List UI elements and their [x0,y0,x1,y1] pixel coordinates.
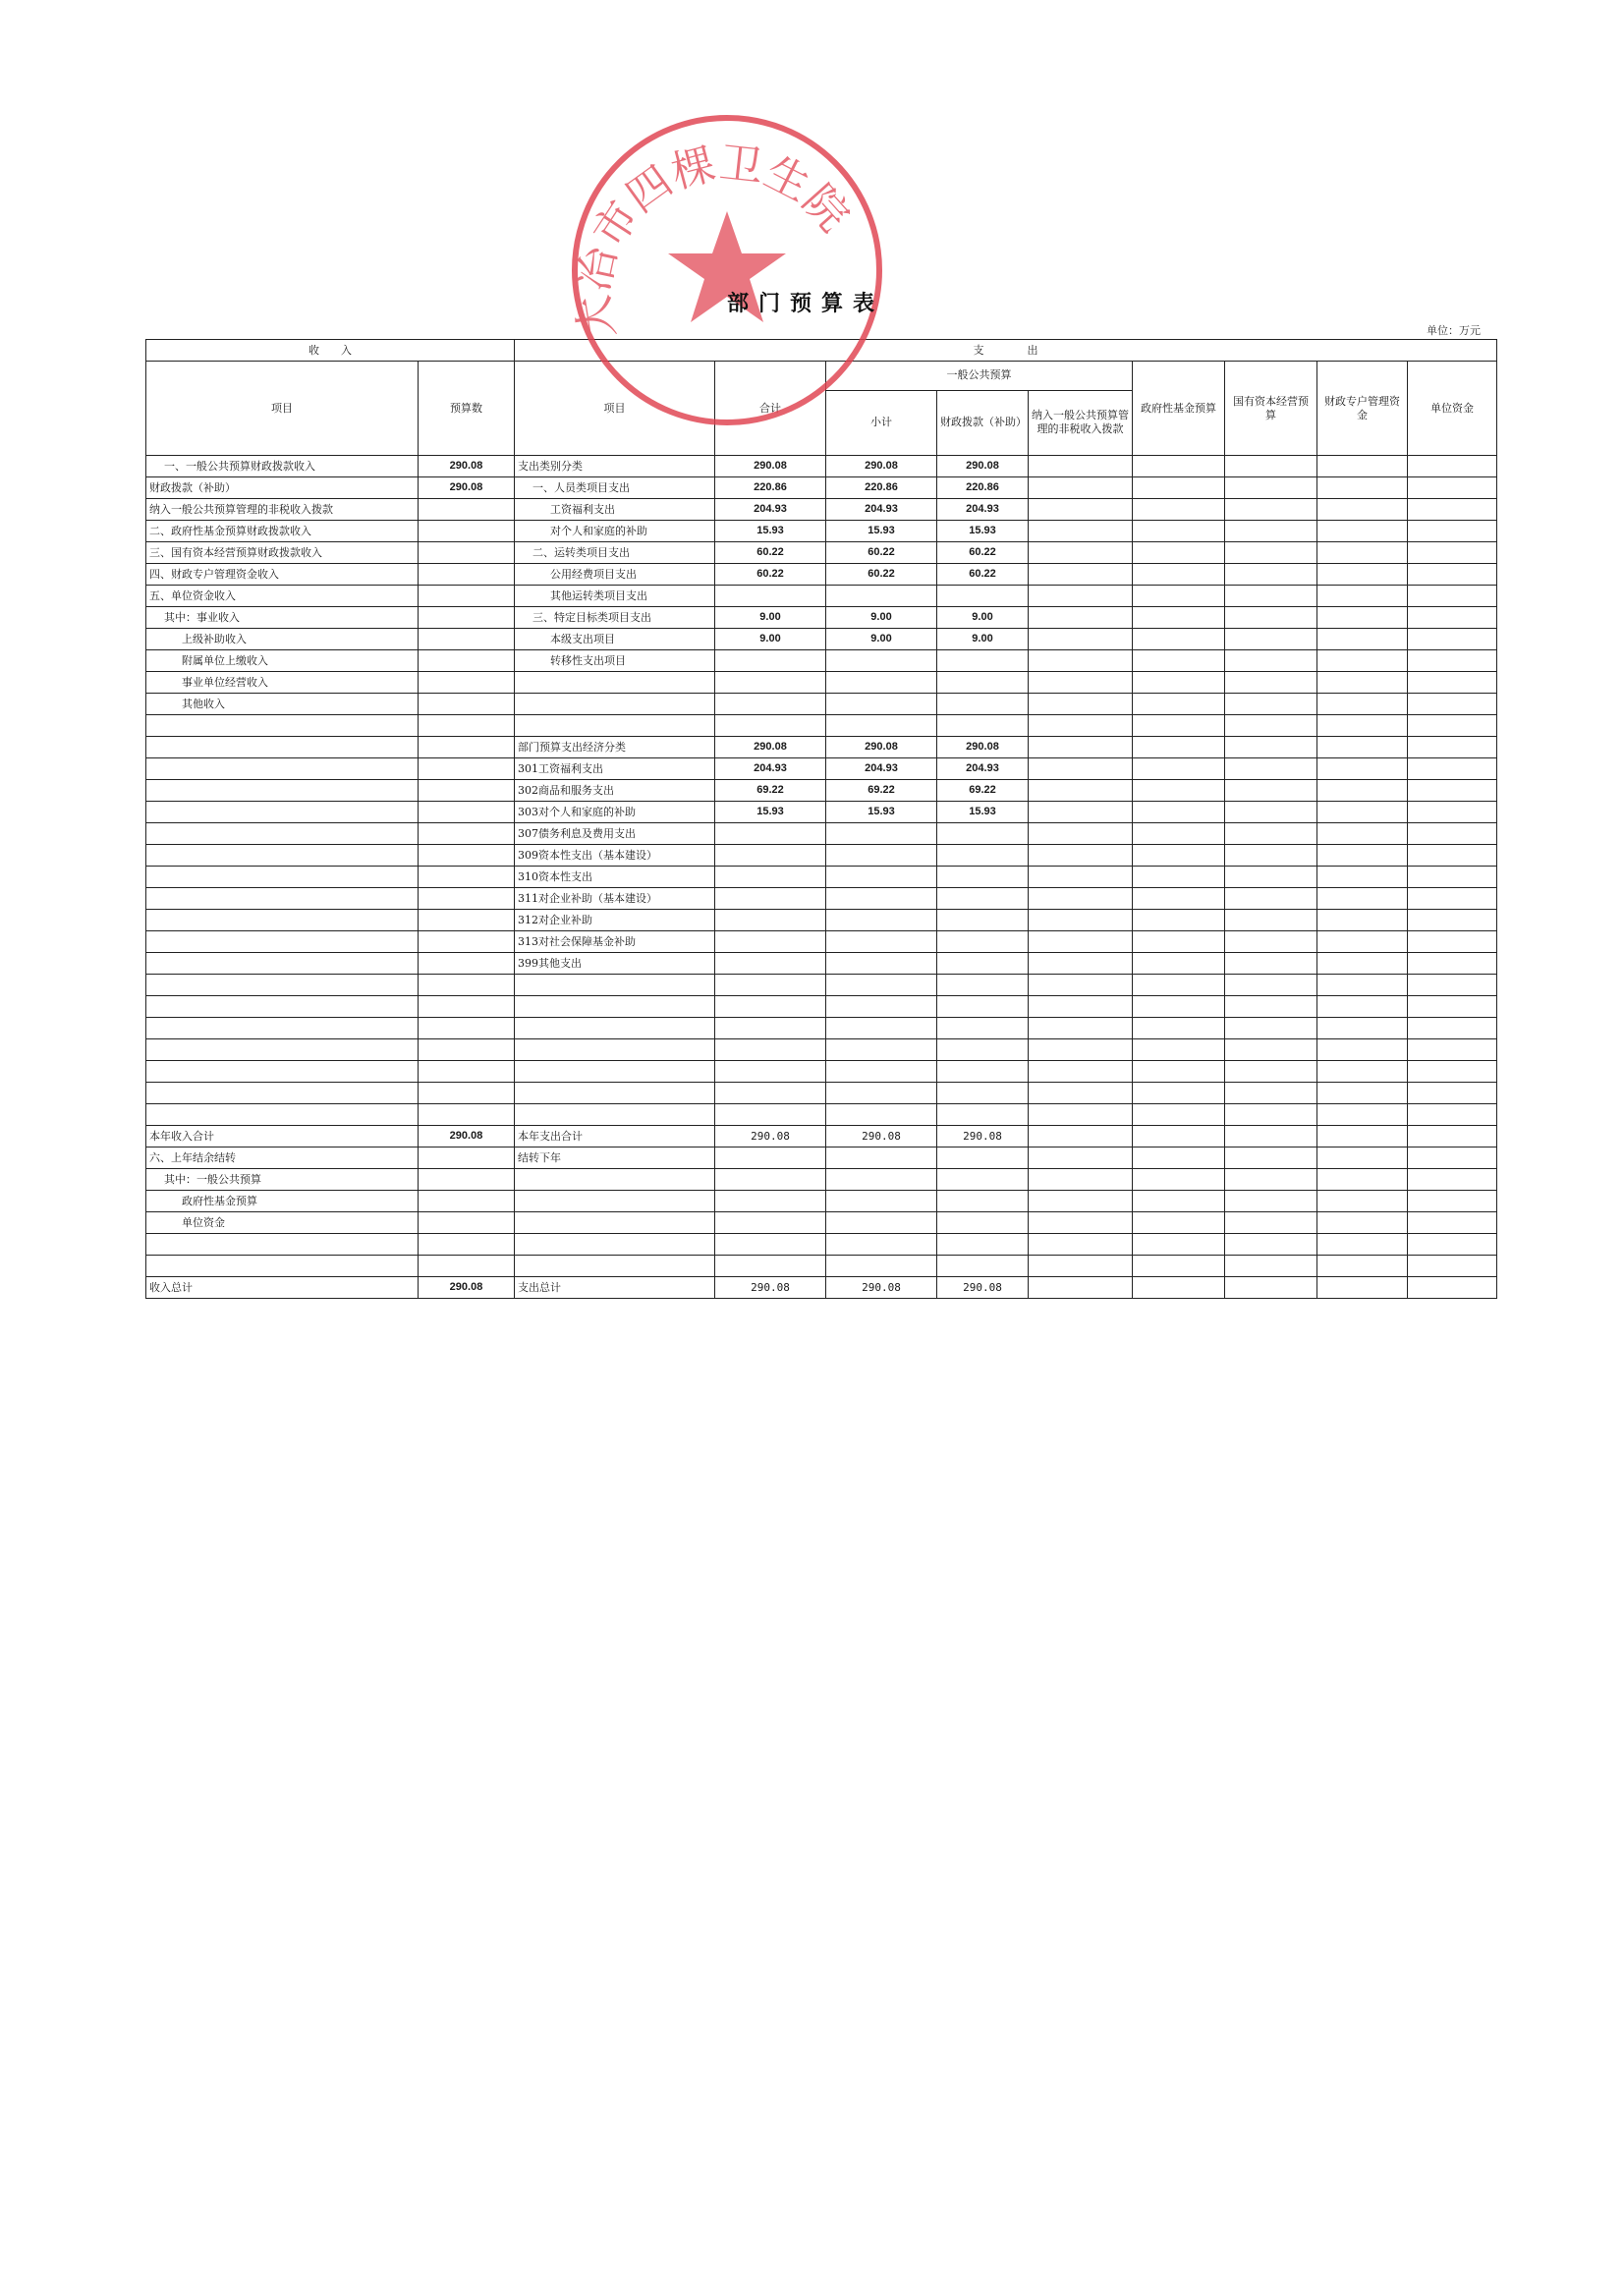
non-tax-income-cell [1029,586,1133,607]
non-tax-income-cell [1029,1126,1133,1147]
income-amount-cell: 290.08 [419,477,515,499]
income-item-cell: 一、一般公共预算财政拨款收入 [146,456,419,477]
fiscal-appropriation-cell [937,823,1029,845]
table-row: 其中：事业收入三、特定目标类项目支出9.009.009.00 [146,607,1497,629]
fiscal-appropriation-header: 财政拨款（补助） [937,390,1029,455]
total-cell: 290.08 [715,737,826,758]
gov-fund-budget-cell [1133,975,1225,996]
income-item-cell: 其他收入 [146,694,419,715]
subtotal-cell [826,586,937,607]
special-account-funds-cell [1317,867,1408,888]
total-cell: 204.93 [715,499,826,521]
unit-funds-cell [1408,542,1497,564]
income-item-cell [146,737,419,758]
subtotal-cell [826,996,937,1018]
total-cell [715,650,826,672]
income-item-cell [146,780,419,802]
expense-item-cell: 支出总计 [515,1277,715,1299]
state-capital-budget-cell [1225,607,1317,629]
total-cell: 290.08 [715,1277,826,1299]
income-item-cell [146,953,419,975]
gov-fund-budget-cell [1133,910,1225,931]
income-amount-cell [419,586,515,607]
fiscal-appropriation-cell: 9.00 [937,629,1029,650]
income-amount-cell [419,672,515,694]
non-tax-income-cell [1029,521,1133,542]
fiscal-appropriation-cell [937,1061,1029,1083]
total-cell [715,931,826,953]
non-tax-income-cell [1029,996,1133,1018]
special-account-funds-cell [1317,888,1408,910]
income-amount-cell [419,499,515,521]
income-item-cell: 政府性基金预算 [146,1191,419,1212]
table-row: 三、国有资本经营预算财政拨款收入二、运转类项目支出60.2260.2260.22 [146,542,1497,564]
subtotal-cell: 290.08 [826,737,937,758]
fiscal-appropriation-cell: 290.08 [937,737,1029,758]
expense-item-cell: 313对社会保障基金补助 [515,931,715,953]
expense-item-cell: 其他运转类项目支出 [515,586,715,607]
unit-funds-cell [1408,953,1497,975]
non-tax-income-cell [1029,737,1133,758]
gov-fund-budget-cell [1133,1126,1225,1147]
unit-funds-cell [1408,586,1497,607]
unit-funds-cell [1408,1018,1497,1039]
subtotal-cell [826,953,937,975]
income-amount-cell [419,823,515,845]
unit-funds-cell [1408,1212,1497,1234]
total-cell [715,823,826,845]
table-row: 301工资福利支出204.93204.93204.93 [146,758,1497,780]
subtotal-cell [826,694,937,715]
gov-fund-budget-cell [1133,1277,1225,1299]
non-tax-income-cell [1029,910,1133,931]
state-capital-budget-cell [1225,1191,1317,1212]
unit-funds-cell [1408,715,1497,737]
gov-fund-budget-cell [1133,499,1225,521]
fiscal-appropriation-cell: 290.08 [937,1126,1029,1147]
gov-fund-budget-cell [1133,1018,1225,1039]
table-row: 五、单位资金收入其他运转类项目支出 [146,586,1497,607]
subtotal-cell: 60.22 [826,564,937,586]
unit-funds-cell [1408,499,1497,521]
non-tax-income-cell [1029,1039,1133,1061]
income-amount-cell [419,1234,515,1256]
state-capital-budget-cell [1225,564,1317,586]
state-capital-budget-cell [1225,1234,1317,1256]
expense-item-cell: 309资本性支出（基本建设） [515,845,715,867]
expense-item-cell: 301工资福利支出 [515,758,715,780]
income-item-header: 项目 [146,362,419,456]
total-cell: 60.22 [715,564,826,586]
state-capital-budget-cell [1225,780,1317,802]
income-item-cell: 二、政府性基金预算财政拨款收入 [146,521,419,542]
total-cell [715,672,826,694]
state-capital-budget-cell [1225,1147,1317,1169]
income-amount-cell [419,996,515,1018]
state-capital-budget-cell [1225,975,1317,996]
fiscal-appropriation-cell [937,1169,1029,1191]
total-cell [715,953,826,975]
income-item-cell [146,931,419,953]
table-row [146,1104,1497,1126]
total-cell [715,586,826,607]
income-amount-cell [419,607,515,629]
table-row: 313对社会保障基金补助 [146,931,1497,953]
special-account-funds-cell [1317,694,1408,715]
state-capital-budget-cell [1225,650,1317,672]
table-row: 其他收入 [146,694,1497,715]
non-tax-income-cell [1029,845,1133,867]
special-account-funds-header: 财政专户管理资金 [1317,362,1408,456]
special-account-funds-cell [1317,1191,1408,1212]
non-tax-income-cell [1029,1212,1133,1234]
gov-fund-budget-header: 政府性基金预算 [1133,362,1225,456]
special-account-funds-cell [1317,1061,1408,1083]
total-cell [715,694,826,715]
income-amount-cell [419,715,515,737]
unit-funds-cell [1408,975,1497,996]
income-amount-cell [419,1104,515,1126]
total-cell [715,1147,826,1169]
expense-item-cell: 302商品和服务支出 [515,780,715,802]
income-amount-cell [419,1212,515,1234]
unit-funds-cell [1408,629,1497,650]
special-account-funds-cell [1317,1212,1408,1234]
gov-fund-budget-cell [1133,823,1225,845]
total-cell: 15.93 [715,521,826,542]
unit-funds-cell [1408,1104,1497,1126]
table-row: 四、财政专户管理资金收入公用经费项目支出60.2260.2260.22 [146,564,1497,586]
subtotal-cell [826,931,937,953]
total-cell: 290.08 [715,456,826,477]
subtotal-cell [826,1191,937,1212]
gov-fund-budget-cell [1133,867,1225,888]
unit-funds-cell [1408,996,1497,1018]
table-row: 399其他支出 [146,953,1497,975]
special-account-funds-cell [1317,672,1408,694]
subtotal-cell [826,1169,937,1191]
special-account-funds-cell [1317,737,1408,758]
table-row [146,1256,1497,1277]
non-tax-income-cell [1029,1277,1133,1299]
total-cell [715,996,826,1018]
unit-funds-cell [1408,564,1497,586]
table-row: 312对企业补助 [146,910,1497,931]
table-row: 财政拨款（补助）290.08一、人员类项目支出220.86220.86220.8… [146,477,1497,499]
fiscal-appropriation-cell: 15.93 [937,521,1029,542]
total-cell: 9.00 [715,607,826,629]
unit-funds-cell [1408,910,1497,931]
state-capital-budget-cell [1225,1083,1317,1104]
gov-fund-budget-cell [1133,780,1225,802]
table-row: 六、上年结余结转结转下年 [146,1147,1497,1169]
total-cell: 15.93 [715,802,826,823]
special-account-funds-cell [1317,1277,1408,1299]
gov-fund-budget-cell [1133,1191,1225,1212]
unit-funds-cell [1408,888,1497,910]
income-item-cell [146,1083,419,1104]
table-row [146,1234,1497,1256]
income-amount-cell [419,975,515,996]
subtotal-cell [826,975,937,996]
special-account-funds-cell [1317,802,1408,823]
expense-item-cell [515,672,715,694]
expense-item-cell: 结转下年 [515,1147,715,1169]
income-amount-cell [419,845,515,867]
table-row [146,1018,1497,1039]
fiscal-appropriation-cell: 15.93 [937,802,1029,823]
income-item-cell: 附属单位上缴收入 [146,650,419,672]
subtotal-cell: 204.93 [826,499,937,521]
fiscal-appropriation-cell [937,1147,1029,1169]
total-cell [715,1234,826,1256]
subtotal-cell [826,1039,937,1061]
special-account-funds-cell [1317,780,1408,802]
gov-fund-budget-cell [1133,1083,1225,1104]
expense-item-cell [515,1061,715,1083]
subtotal-cell [826,867,937,888]
expense-item-cell: 支出类别分类 [515,456,715,477]
subtotal-header: 小计 [826,390,937,455]
income-item-cell: 其中：一般公共预算 [146,1169,419,1191]
gov-fund-budget-cell [1133,845,1225,867]
special-account-funds-cell [1317,1039,1408,1061]
non-tax-income-cell [1029,607,1133,629]
fiscal-appropriation-cell [937,931,1029,953]
income-amount-cell [419,931,515,953]
income-amount-cell [419,1191,515,1212]
subtotal-cell [826,1234,937,1256]
subtotal-cell: 15.93 [826,802,937,823]
gov-fund-budget-cell [1133,477,1225,499]
special-account-funds-cell [1317,1104,1408,1126]
table-row [146,975,1497,996]
total-cell: 9.00 [715,629,826,650]
budget-table: 收 入 支 出 项目 预算数 项目 合计 一般公共预算 政府性基金预算 国有资本… [145,339,1497,1299]
non-tax-income-cell [1029,1104,1133,1126]
gov-fund-budget-cell [1133,1104,1225,1126]
expense-item-cell: 399其他支出 [515,953,715,975]
table-row: 事业单位经营收入 [146,672,1497,694]
state-capital-budget-cell [1225,1169,1317,1191]
state-capital-budget-cell [1225,802,1317,823]
general-public-budget-header: 一般公共预算 [826,362,1133,391]
special-account-funds-cell [1317,931,1408,953]
non-tax-income-cell [1029,564,1133,586]
income-item-cell [146,867,419,888]
income-amount-cell [419,1256,515,1277]
expense-item-cell: 公用经费项目支出 [515,564,715,586]
income-item-cell: 单位资金 [146,1212,419,1234]
unit-funds-cell [1408,1256,1497,1277]
income-item-cell: 其中：事业收入 [146,607,419,629]
total-cell: 204.93 [715,758,826,780]
table-row [146,1061,1497,1083]
special-account-funds-cell [1317,953,1408,975]
expense-item-cell: 转移性支出项目 [515,650,715,672]
gov-fund-budget-cell [1133,1061,1225,1083]
gov-fund-budget-cell [1133,564,1225,586]
income-amount-cell [419,888,515,910]
gov-fund-budget-cell [1133,1169,1225,1191]
fiscal-appropriation-cell [937,1039,1029,1061]
expense-item-cell: 本年支出合计 [515,1126,715,1147]
income-item-cell [146,1039,419,1061]
subtotal-cell: 9.00 [826,629,937,650]
income-item-cell [146,1256,419,1277]
expense-item-cell: 307债务利息及费用支出 [515,823,715,845]
income-item-cell: 五、单位资金收入 [146,586,419,607]
fiscal-appropriation-cell: 204.93 [937,758,1029,780]
unit-funds-cell [1408,456,1497,477]
expense-item-cell: 311对企业补助（基本建设） [515,888,715,910]
state-capital-budget-cell [1225,910,1317,931]
table-row: 307债务利息及费用支出 [146,823,1497,845]
income-amount-cell [419,521,515,542]
gov-fund-budget-cell [1133,715,1225,737]
fiscal-appropriation-cell [937,1191,1029,1212]
non-tax-income-cell [1029,1169,1133,1191]
special-account-funds-cell [1317,1083,1408,1104]
unit-funds-cell [1408,521,1497,542]
income-item-cell: 上级补助收入 [146,629,419,650]
table-row: 一、一般公共预算财政拨款收入290.08支出类别分类290.08290.0829… [146,456,1497,477]
state-capital-budget-header: 国有资本经营预算 [1225,362,1317,456]
state-capital-budget-cell [1225,629,1317,650]
special-account-funds-cell [1317,1234,1408,1256]
non-tax-income-cell [1029,953,1133,975]
subtotal-cell [826,888,937,910]
total-cell [715,1169,826,1191]
unit-funds-cell [1408,1191,1497,1212]
unit-funds-cell [1408,1234,1497,1256]
unit-funds-cell [1408,1126,1497,1147]
expense-group-header: 支 出 [515,340,1497,362]
special-account-funds-cell [1317,996,1408,1018]
total-cell [715,715,826,737]
gov-fund-budget-cell [1133,456,1225,477]
gov-fund-budget-cell [1133,931,1225,953]
subtotal-cell: 15.93 [826,521,937,542]
fiscal-appropriation-cell: 290.08 [937,456,1029,477]
state-capital-budget-cell [1225,477,1317,499]
special-account-funds-cell [1317,456,1408,477]
special-account-funds-cell [1317,1169,1408,1191]
state-capital-budget-cell [1225,1212,1317,1234]
expense-item-cell [515,1212,715,1234]
income-amount-cell [419,1083,515,1104]
state-capital-budget-cell [1225,737,1317,758]
fiscal-appropriation-cell [937,1212,1029,1234]
special-account-funds-cell [1317,845,1408,867]
gov-fund-budget-cell [1133,607,1225,629]
table-row: 收入总计290.08支出总计290.08290.08290.08 [146,1277,1497,1299]
unit-label: 单位：万元 [1427,322,1481,338]
fiscal-appropriation-cell [937,715,1029,737]
table-row: 部门预算支出经济分类290.08290.08290.08 [146,737,1497,758]
income-amount-cell [419,564,515,586]
subtotal-cell [826,823,937,845]
unit-funds-cell [1408,758,1497,780]
total-cell [715,910,826,931]
special-account-funds-cell [1317,586,1408,607]
state-capital-budget-cell [1225,867,1317,888]
subtotal-cell [826,1212,937,1234]
subtotal-cell [826,650,937,672]
state-capital-budget-cell [1225,845,1317,867]
non-tax-income-cell [1029,1061,1133,1083]
total-cell [715,888,826,910]
total-cell [715,975,826,996]
subtotal-cell: 69.22 [826,780,937,802]
non-tax-income-cell [1029,758,1133,780]
state-capital-budget-cell [1225,672,1317,694]
income-group-header: 收 入 [146,340,515,362]
income-item-cell [146,758,419,780]
non-tax-income-cell [1029,1234,1133,1256]
fiscal-appropriation-cell: 9.00 [937,607,1029,629]
budget-rows: 一、一般公共预算财政拨款收入290.08支出类别分类290.08290.0829… [146,456,1497,1299]
special-account-funds-cell [1317,607,1408,629]
table-row [146,1039,1497,1061]
table-row [146,715,1497,737]
income-amount-cell [419,650,515,672]
fiscal-appropriation-cell [937,586,1029,607]
total-cell [715,845,826,867]
special-account-funds-cell [1317,823,1408,845]
expense-item-cell [515,694,715,715]
non-tax-income-cell [1029,542,1133,564]
total-cell: 69.22 [715,780,826,802]
document-title: 部门预算表 [727,287,884,317]
income-amount-cell: 290.08 [419,1126,515,1147]
unit-funds-cell [1408,1169,1497,1191]
income-item-cell: 财政拨款（补助） [146,477,419,499]
state-capital-budget-cell [1225,758,1317,780]
gov-fund-budget-cell [1133,953,1225,975]
special-account-funds-cell [1317,564,1408,586]
subtotal-cell [826,1104,937,1126]
fiscal-appropriation-cell [937,1018,1029,1039]
expense-item-cell [515,1169,715,1191]
income-item-cell: 六、上年结余结转 [146,1147,419,1169]
table-row: 302商品和服务支出69.2269.2269.22 [146,780,1497,802]
subtotal-cell [826,1256,937,1277]
fiscal-appropriation-cell: 290.08 [937,1277,1029,1299]
income-item-cell: 本年收入合计 [146,1126,419,1147]
gov-fund-budget-cell [1133,1234,1225,1256]
income-amount-cell: 290.08 [419,1277,515,1299]
gov-fund-budget-cell [1133,758,1225,780]
state-capital-budget-cell [1225,586,1317,607]
state-capital-budget-cell [1225,715,1317,737]
gov-fund-budget-cell [1133,802,1225,823]
expense-item-cell [515,1191,715,1212]
income-item-cell [146,1061,419,1083]
special-account-funds-cell [1317,1256,1408,1277]
special-account-funds-cell [1317,1147,1408,1169]
state-capital-budget-cell [1225,931,1317,953]
subtotal-cell [826,845,937,867]
state-capital-budget-cell [1225,521,1317,542]
subtotal-cell [826,715,937,737]
state-capital-budget-cell [1225,1061,1317,1083]
subtotal-cell [826,672,937,694]
state-capital-budget-cell [1225,888,1317,910]
unit-funds-cell [1408,931,1497,953]
income-item-cell [146,1104,419,1126]
fiscal-appropriation-cell [937,672,1029,694]
